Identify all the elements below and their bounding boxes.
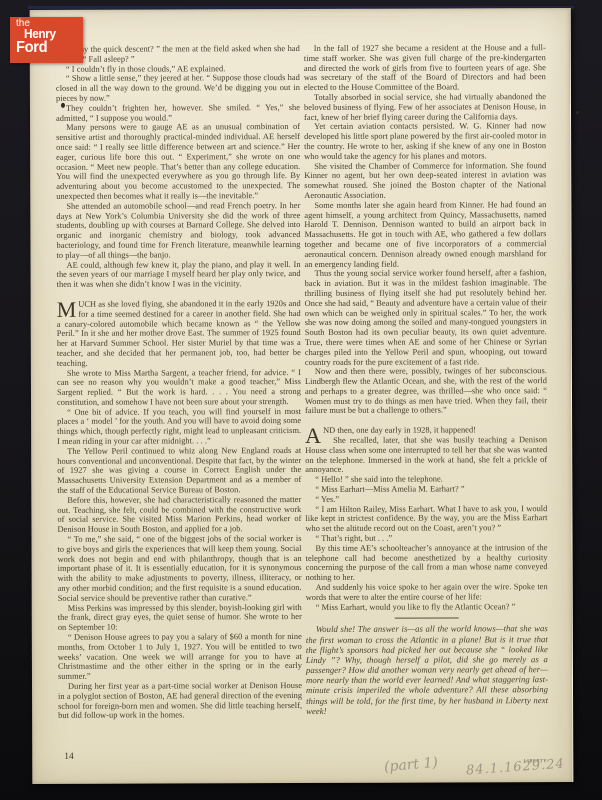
paragraph-text: AE could, although few knew it, play the… [57, 260, 301, 289]
logo-word-ford: Ford [16, 39, 47, 57]
paragraph-text: Miss Perkins was impressed by this slend… [58, 603, 302, 632]
paragraph-text: “ Show a little sense,” they jeered at h… [56, 73, 300, 102]
paragraph-text: ND then, one day early in 1928, it happe… [323, 426, 476, 436]
paragraph-text: Now and then there were, possibly, twing… [305, 366, 547, 415]
paragraph: Before this, however, she had characteri… [57, 495, 301, 535]
paragraph: She visited the Chamber of Commerce for … [304, 161, 546, 201]
paragraph-text: “ Miss Earhart—Miss Amelia M. Earhart? ” [315, 484, 464, 494]
paragraph: “ Denison House agrees to pay you a sala… [58, 632, 302, 682]
paragraph: She wrote to Miss Martha Sargent, a teac… [57, 368, 301, 408]
paragraph-text: She attended an automobile school—and re… [56, 201, 300, 260]
paragraph-text: “ Yes.” [315, 495, 339, 504]
paragraph: Would she! The answer is—as all the worl… [306, 624, 548, 716]
scan-speck [576, 111, 579, 114]
paragraph-text: “ Why the quick descent? ” the men at th… [56, 44, 300, 64]
paragraph: “ Show a little sense,” they jeered at h… [56, 73, 300, 103]
paragraph-text: Totally absorbed in social service, she … [304, 92, 546, 121]
paragraph: By this time AE’s schoolteacher’s annoya… [306, 543, 548, 583]
paragraph-text: By this time AE’s schoolteacher’s annoya… [306, 543, 548, 582]
paragraph: During her first year as a part-time soc… [58, 681, 302, 721]
paragraph-text: “ That’s right, but . . .” [315, 534, 392, 543]
henry-ford-watermark-logo: the Henry Ford [10, 17, 83, 63]
paragraph-text: UCH as she loved flying, she abandoned i… [57, 299, 301, 368]
left-text-column: “ Why the quick descent? ” the men at th… [56, 44, 302, 721]
paragraph-text: She recalled, later, that she was busily… [305, 435, 547, 474]
paragraph: And suddenly his voice spoke to her agai… [306, 582, 548, 602]
paragraph: She attended an automobile school—and re… [56, 201, 300, 261]
right-text-column: In the fall of 1927 she became a residen… [304, 43, 548, 716]
paragraph-text: Would she! The answer is—as all the worl… [306, 624, 548, 716]
paragraph: MUCH as she loved flying, she abandoned … [57, 299, 301, 368]
paragraph: Miss Perkins was impressed by this slend… [58, 603, 302, 633]
paragraph-text: Some months later she again heard from K… [304, 200, 546, 269]
drop-cap: A [305, 427, 321, 445]
paragraph-text: “ Denison House agrees to pay you a sala… [58, 632, 302, 681]
paragraph: Some months later she again heard from K… [304, 200, 546, 269]
paragraph: Thus the young social service worker fou… [305, 268, 547, 367]
paragraph: “ Miss Earhart, would you like to fly th… [306, 602, 548, 613]
paragraph-text: “ Hello! ” she said into the telephone. [315, 475, 443, 484]
paragraph-text: She visited the Chamber of Commerce for … [304, 161, 546, 200]
paragraph-text: “ I am Hilton Railey, Miss Earhart. What… [305, 504, 547, 533]
paragraph-text: “ To me,” she said, “ one of the biggest… [58, 534, 302, 603]
drop-cap: M [57, 301, 77, 319]
paragraph: Now and then there were, possibly, twing… [305, 366, 547, 416]
paragraph-text: And suddenly his voice spoke to her agai… [306, 582, 548, 602]
scan-speck [61, 103, 65, 108]
paragraph-text: “ Miss Earhart, would you like to fly th… [316, 602, 516, 612]
paragraph: Yet certain aviation contacts persisted.… [304, 122, 546, 162]
paragraph: They couldn’t frighten her, however. She… [56, 103, 300, 123]
paragraph: In the fall of 1927 she became a residen… [304, 43, 546, 93]
paragraph: “ One bit of advice. If you teach, you w… [57, 407, 301, 447]
paragraph-text: The Yellow Peril continued to whiz along… [57, 446, 301, 495]
paragraph-text: Before this, however, she had characteri… [57, 495, 301, 534]
paragraph: Totally absorbed in social service, she … [304, 92, 546, 122]
paragraph: “ I am Hilton Railey, Miss Earhart. What… [305, 504, 547, 534]
paragraph-text: Many persons were to gauge AE as an unus… [56, 122, 300, 200]
page-number: 14 [64, 752, 74, 762]
paragraph: She recalled, later, that she was busily… [305, 435, 547, 475]
paragraph: “ Why the quick descent? ” the men at th… [56, 44, 300, 64]
paragraph-text: “ One bit of advice. If you teach, you w… [57, 407, 301, 446]
paragraph-text: They couldn’t frighten her, however. She… [56, 103, 300, 123]
paragraph: “ To me,” she said, “ one of the biggest… [57, 534, 301, 603]
paragraph: Many persons were to gauge AE as an unus… [56, 122, 300, 201]
paragraph: AE could, although few knew it, play the… [57, 260, 301, 290]
paragraph-text: During her first year as a part-time soc… [58, 681, 302, 720]
paragraph-text: “ I couldn’t fly in those clouds,” AE ex… [66, 64, 225, 74]
paragraph-text: She wrote to Miss Martha Sargent, a teac… [57, 368, 301, 407]
paragraph-text: Yet certain aviation contacts persisted.… [304, 122, 546, 161]
paragraph-text: In the fall of 1927 she became a residen… [304, 43, 546, 92]
magazine-paper: “ Why the quick descent? ” the men at th… [30, 8, 574, 784]
paragraph: The Yellow Peril continued to whiz along… [57, 446, 301, 496]
paragraph-text: Thus the young social service worker fou… [305, 268, 547, 366]
scanned-magazine-page: “ Why the quick descent? ” the men at th… [0, 0, 602, 800]
section-divider [395, 618, 459, 619]
